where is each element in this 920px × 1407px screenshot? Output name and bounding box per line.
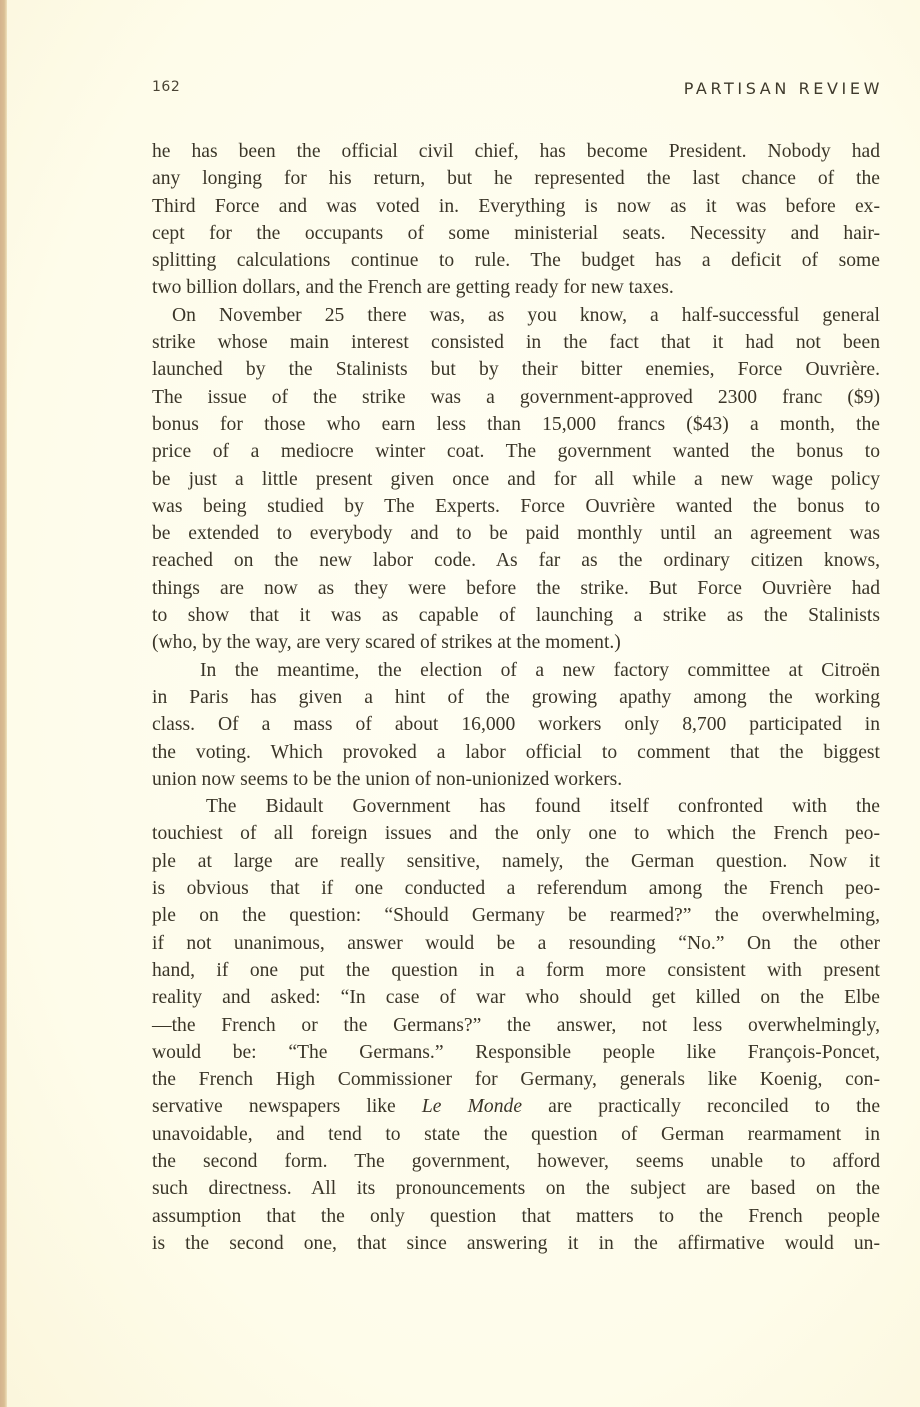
text-line: the voting. Which provoked a labor offic… [152, 739, 880, 766]
text-line: be extended to everybody and to be paid … [152, 520, 880, 547]
text-line: In the meantime, the election of a new f… [152, 657, 880, 684]
journal-title: PARTISAN REVIEW [684, 79, 883, 98]
text-line: such directness. All its pronouncements … [152, 1175, 880, 1202]
scanned-page: 162 PARTISAN REVIEW he has been the offi… [0, 0, 920, 1407]
text-line: two billion dollars, and the French are … [152, 274, 880, 301]
text-line: —the French or the Germans?” the answer,… [152, 1012, 880, 1039]
text-line: reality and asked: “In case of war who s… [152, 984, 880, 1011]
text-line: to show that it was as capable of launch… [152, 602, 880, 629]
text-line: The issue of the strike was a government… [152, 384, 880, 411]
text-line: price of a mediocre winter coat. The gov… [152, 438, 880, 465]
text-line: ple on the question: “Should Germany be … [152, 902, 880, 929]
text-line: cept for the occupants of some ministeri… [152, 220, 880, 247]
text-line: any longing for his return, but he repre… [152, 165, 880, 192]
text-line: in Paris has given a hint of the growing… [152, 684, 880, 711]
text-line: The Bidault Government has found itself … [152, 793, 880, 820]
text-line: reached on the new labor code. As far as… [152, 547, 880, 574]
text-line: touchiest of all foreign issues and the … [152, 820, 880, 847]
newspaper-title: Le Monde [422, 1096, 522, 1117]
text-line-with-italic: servative newspapers like Le Monde are p… [152, 1093, 880, 1120]
page-number: 162 [152, 79, 180, 95]
text-line: would be: “The Germans.” Responsible peo… [152, 1039, 880, 1066]
text-line: On November 25 there was, as you know, a… [152, 302, 880, 329]
text-line: hand, if one put the question in a form … [152, 957, 880, 984]
text-line: he has been the official civil chief, ha… [152, 138, 880, 165]
paragraph-2: On November 25 there was, as you know, a… [152, 302, 880, 657]
text-line: was being studied by The Experts. Force … [152, 493, 880, 520]
text-line: be just a little present given once and … [152, 466, 880, 493]
text-line: launched by the Stalinists but by their … [152, 356, 880, 383]
text-line: Third Force and was voted in. Everything… [152, 193, 880, 220]
text-line: the French High Commissioner for Germany… [152, 1066, 880, 1093]
text-line: is the second one, that since answering … [152, 1230, 880, 1257]
text-line: unavoidable, and tend to state the quest… [152, 1121, 880, 1148]
text-line: class. Of a mass of about 16,000 workers… [152, 711, 880, 738]
paragraph-4: The Bidault Government has found itself … [152, 793, 880, 1257]
text-line: the second form. The government, however… [152, 1148, 880, 1175]
text-fragment: are practically reconciled to the [522, 1096, 880, 1117]
text-line: strike whose main interest consisted in … [152, 329, 880, 356]
paragraph-1: he has been the official civil chief, ha… [152, 138, 880, 302]
text-line: is obvious that if one conducted a refer… [152, 875, 880, 902]
running-header: 162 PARTISAN REVIEW [152, 79, 880, 101]
article-body: he has been the official civil chief, ha… [152, 138, 880, 1257]
paragraph-3: In the meantime, the election of a new f… [152, 657, 880, 793]
text-line: splitting calculations continue to rule.… [152, 247, 880, 274]
text-line: bonus for those who earn less than 15,00… [152, 411, 880, 438]
text-line: (who, by the way, are very scared of str… [152, 629, 880, 656]
text-line: union now seems to be the union of non-u… [152, 766, 880, 793]
text-line: if not unanimous, answer would be a reso… [152, 930, 880, 957]
text-line: things are now as they were before the s… [152, 575, 880, 602]
page-binding-edge [0, 0, 7, 1407]
text-line: assumption that the only question that m… [152, 1203, 880, 1230]
text-fragment: servative newspapers like [152, 1096, 422, 1117]
text-line: ple at large are really sensitive, namel… [152, 848, 880, 875]
